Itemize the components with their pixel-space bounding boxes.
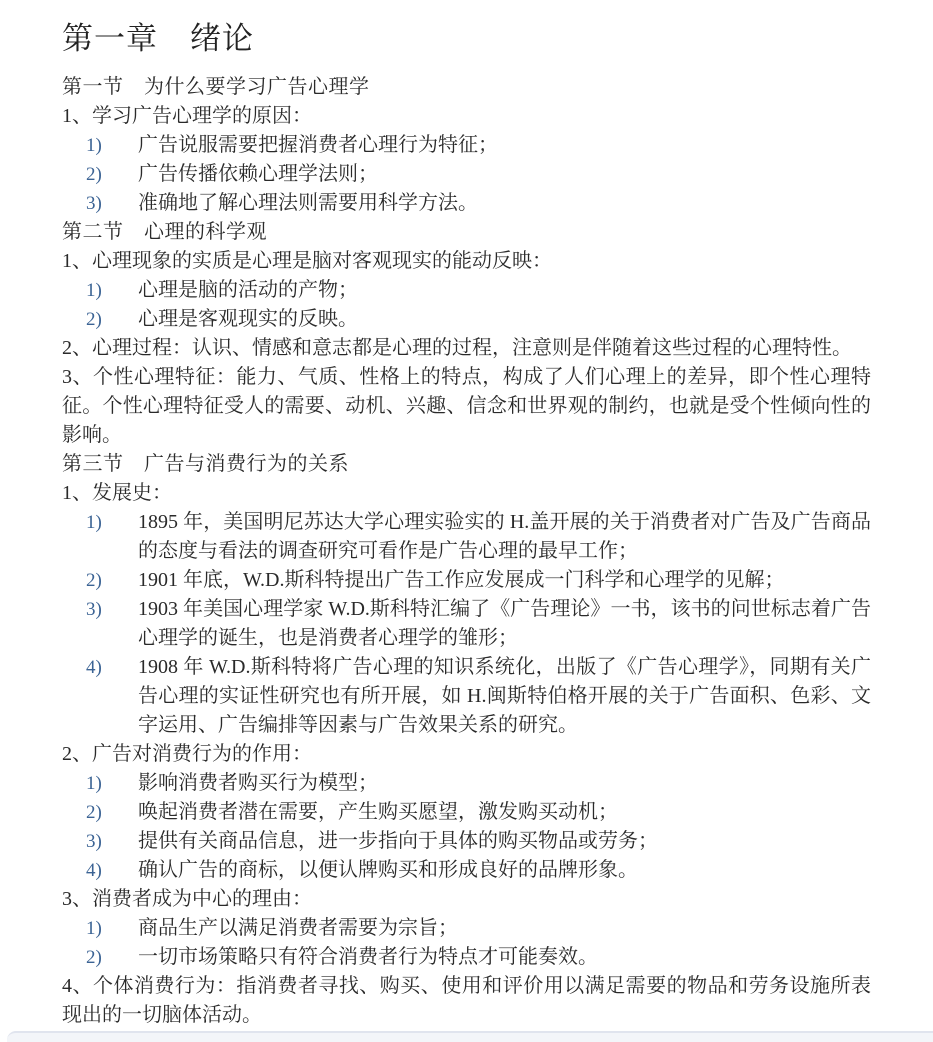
sub-list-item: 1) 心理是脑的活动的产物； <box>62 276 871 305</box>
item-number: 4) <box>86 653 102 682</box>
section-heading-3: 第三节 广告与消费行为的关系 <box>62 450 871 479</box>
list-item: 3、个性心理特征：能力、气质、性格上的特点，构成了人们心理上的差异，即个性心理特… <box>62 363 871 450</box>
section-heading-2: 第二节 心理的科学观 <box>62 218 871 247</box>
item-number: 1) <box>86 131 102 160</box>
list-item: 1、心理现象的实质是心理是脑对客观现实的能动反映： <box>62 247 871 276</box>
page-title: 第一章 绪论 <box>62 20 871 58</box>
list-item: 2、心理过程：认识、情感和意志都是心理的过程，注意则是伴随着这些过程的心理特性。 <box>62 334 871 363</box>
document-content: 第一章 绪论 第一节 为什么要学习广告心理学 1、学习广告心理学的原因： 1) … <box>0 0 933 1030</box>
sub-item-text: 一切市场策略只有符合消费者行为特点才可能奏效。 <box>138 946 598 968</box>
item-number: 2) <box>86 566 102 595</box>
item-number: 2) <box>86 305 102 334</box>
sub-list-item: 3) 提供有关商品信息，进一步指向于具体的购买物品或劳务； <box>62 827 871 856</box>
item-number: 1) <box>86 769 102 798</box>
section-heading-1: 第一节 为什么要学习广告心理学 <box>62 73 871 102</box>
item-number: 1) <box>86 276 102 305</box>
sub-item-text: 唤起消费者潜在需要，产生购买愿望，激发购买动机； <box>138 801 618 823</box>
sub-item-text: 广告说服需要把握消费者心理行为特征； <box>138 134 498 156</box>
item-number: 1) <box>86 508 102 537</box>
item-number: 1) <box>86 914 102 943</box>
sub-list-item: 4) 1908 年 W.D.斯科特将广告心理的知识系统化，出版了《广告心理学》，… <box>62 653 871 740</box>
item-number: 2) <box>86 943 102 972</box>
item-number: 3) <box>86 595 102 624</box>
sub-item-text: 商品生产以满足消费者需要为宗旨； <box>138 917 458 939</box>
list-item: 2、广告对消费行为的作用： <box>62 740 871 769</box>
sub-item-text: 影响消费者购买行为模型； <box>138 772 378 794</box>
sub-list-item: 2) 1901 年底，W.D.斯科特提出广告工作应发展成一门科学和心理学的见解； <box>62 566 871 595</box>
item-number: 3) <box>86 189 102 218</box>
list-item: 4、个体消费行为：指消费者寻找、购买、使用和评价用以满足需要的物品和劳务设施所表… <box>62 972 871 1030</box>
document-page: 第一章 绪论 第一节 为什么要学习广告心理学 1、学习广告心理学的原因： 1) … <box>0 0 933 1042</box>
sub-list-item: 2) 唤起消费者潜在需要，产生购买愿望，激发购买动机； <box>62 798 871 827</box>
item-number: 4) <box>86 856 102 885</box>
sub-item-text: 1908 年 W.D.斯科特将广告心理的知识系统化，出版了《广告心理学》，同期有… <box>138 656 871 736</box>
sub-list-item: 1) 广告说服需要把握消费者心理行为特征； <box>62 131 871 160</box>
sub-item-text: 心理是脑的活动的产物； <box>138 279 358 301</box>
sub-item-text: 1903 年美国心理学家 W.D.斯科特汇编了《广告理论》一书，该书的问世标志着… <box>138 598 871 649</box>
sub-item-text: 广告传播依赖心理学法则； <box>138 163 378 185</box>
sub-item-text: 心理是客观现实的反映。 <box>138 308 358 330</box>
sub-list-item: 1) 商品生产以满足消费者需要为宗旨； <box>62 914 871 943</box>
list-item: 1、发展史： <box>62 479 871 508</box>
sub-list-item: 2) 广告传播依赖心理学法则； <box>62 160 871 189</box>
sub-list-item: 3) 1903 年美国心理学家 W.D.斯科特汇编了《广告理论》一书，该书的问世… <box>62 595 871 653</box>
item-number: 3) <box>86 827 102 856</box>
list-item: 3、消费者成为中心的理由： <box>62 885 871 914</box>
bottom-panel-edge <box>7 1031 933 1042</box>
sub-list-item: 3) 准确地了解心理法则需要用科学方法。 <box>62 189 871 218</box>
sub-list-item: 2) 一切市场策略只有符合消费者行为特点才可能奏效。 <box>62 943 871 972</box>
sub-item-text: 1901 年底，W.D.斯科特提出广告工作应发展成一门科学和心理学的见解； <box>138 569 784 591</box>
sub-item-text: 确认广告的商标，以便认牌购买和形成良好的品牌形象。 <box>138 859 638 881</box>
item-number: 2) <box>86 160 102 189</box>
sub-item-text: 1895 年，美国明尼苏达大学心理实验实的 H.盖开展的关于消费者对广告及广告商… <box>138 511 871 562</box>
sub-list-item: 1) 影响消费者购买行为模型； <box>62 769 871 798</box>
sub-list-item: 4) 确认广告的商标，以便认牌购买和形成良好的品牌形象。 <box>62 856 871 885</box>
list-item: 1、学习广告心理学的原因： <box>62 102 871 131</box>
sub-list-item: 1) 1895 年，美国明尼苏达大学心理实验实的 H.盖开展的关于消费者对广告及… <box>62 508 871 566</box>
sub-item-text: 准确地了解心理法则需要用科学方法。 <box>138 192 478 214</box>
sub-item-text: 提供有关商品信息，进一步指向于具体的购买物品或劳务； <box>138 830 658 852</box>
sub-list-item: 2) 心理是客观现实的反映。 <box>62 305 871 334</box>
item-number: 2) <box>86 798 102 827</box>
